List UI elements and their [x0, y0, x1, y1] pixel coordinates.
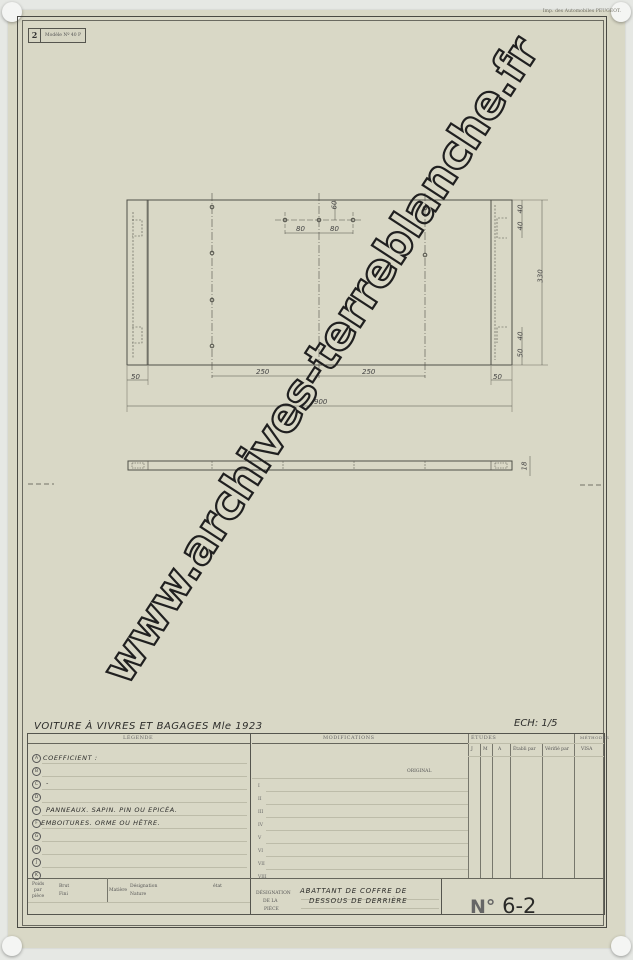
legend-letter-g: G	[32, 832, 41, 841]
dim-right-bottom-1: 40	[516, 332, 524, 341]
designation-label-3: PIÈCE	[264, 907, 279, 912]
weight-label-1: Poids	[32, 882, 44, 887]
mod-row-1: I	[258, 784, 260, 789]
mod-row-8: VIII	[258, 875, 267, 880]
material-etat: état	[213, 884, 222, 889]
designation-label-2: DE LA	[263, 899, 278, 904]
scale-value: 1/5	[541, 718, 557, 729]
legend-letter-c: C	[32, 780, 41, 789]
weight-brut: Brut	[59, 884, 69, 889]
legend-header: LÉGENDE	[123, 735, 153, 741]
mod-row-6: VI	[258, 849, 263, 854]
etudes-header: ÉTUDES	[471, 735, 496, 741]
legend-text-a: COEFFICIENT :	[43, 754, 98, 762]
col-verifie: Vérifié par	[545, 747, 569, 752]
weight-label-2: par	[34, 888, 42, 893]
legend-letter-k: K	[32, 871, 41, 880]
legend-letter-a: A	[32, 754, 41, 763]
material-nature: Nature	[130, 892, 146, 897]
dim-right-bottom-2: 50	[516, 349, 524, 358]
material-label: Matière	[109, 888, 127, 893]
col-visa: VISA	[581, 747, 592, 752]
col-j: J	[471, 747, 473, 752]
material-designation: Désignation	[130, 884, 157, 889]
mod-row-3: III	[258, 810, 263, 815]
legend-letter-b: B	[32, 767, 41, 776]
drawing-title: VOITURE À VIVRES ET BAGAGES Mle 1923	[34, 721, 263, 732]
dim-right-margin: 50	[493, 373, 502, 381]
mod-row-2: II	[258, 797, 262, 802]
title-strip: VOITURE À VIVRES ET BAGAGES Mle 1923 ECH…	[34, 718, 604, 734]
designation-label-1: DÉSIGNATION	[256, 891, 291, 896]
col-etabli: Établi par	[513, 747, 536, 752]
scale: ECH: 1/5	[514, 718, 557, 729]
original-label: ORIGINAL	[407, 769, 431, 774]
drawing-number-prefix: N°	[470, 896, 495, 918]
legend-letter-d: D	[32, 793, 41, 802]
legend-letter-h: H	[32, 845, 41, 854]
dim-thickness: 18	[520, 462, 528, 471]
methodes-header: MÉTHODES	[580, 735, 609, 740]
col-a: A	[498, 747, 501, 752]
legend-letter-j: J	[32, 858, 41, 867]
mod-row-4: IV	[258, 823, 263, 828]
mod-row-7: VII	[258, 862, 265, 867]
dim-height-total: 330	[537, 269, 545, 282]
title-block: LÉGENDE MODIFICATIONS ÉTUDES MÉTHODES J …	[27, 733, 605, 915]
designation-line-1: ABATTANT DE COFFRE DE	[300, 887, 407, 895]
weight-label-3: pièce	[32, 894, 44, 899]
scale-label: ECH:	[514, 718, 538, 729]
legend-text-f: EMBOITURES. ORME OU HÊTRE.	[41, 819, 160, 827]
designation-line-2: DESSOUS DE DERRIÈRE	[309, 897, 407, 905]
legend-letter-f: F	[32, 819, 41, 828]
drawing-number: N° 6-2	[470, 894, 536, 918]
legend-letter-e: E	[32, 806, 41, 815]
legend-text-c: -	[46, 779, 49, 787]
dim-left-margin: 50	[131, 373, 140, 381]
modifications-header: MODIFICATIONS	[323, 735, 375, 741]
mod-row-5: V	[258, 836, 261, 841]
col-m: M	[483, 747, 488, 752]
weight-fini: Fini	[59, 892, 68, 897]
legend-text-e: PANNEAUX. SAPIN. PIN OU EPICÉA.	[46, 806, 178, 814]
drawing-number-value: 6-2	[502, 894, 536, 918]
